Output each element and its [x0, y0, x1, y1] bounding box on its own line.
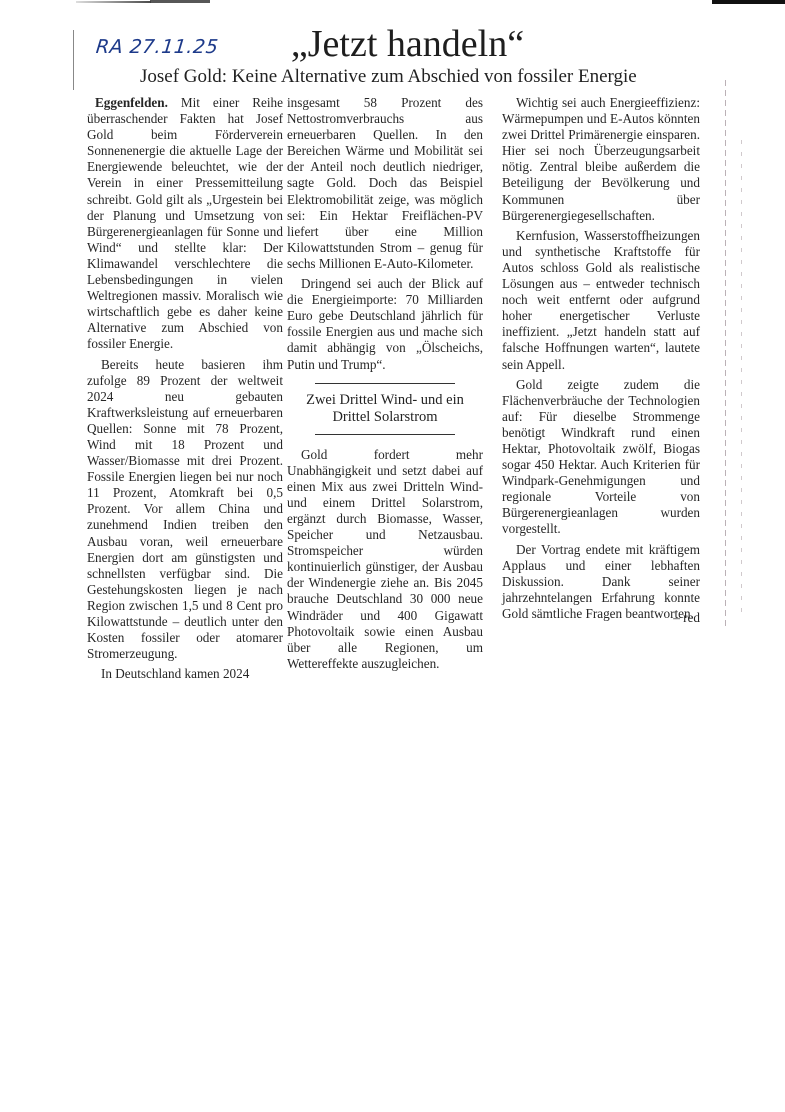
article-headline: „Jetzt handeln“ — [0, 22, 785, 66]
divider — [315, 383, 455, 384]
scan-edge-artifact — [76, 1, 151, 3]
article-paragraph: In Deutschland kamen 2024 — [87, 666, 283, 682]
dateline: Eggenfelden. — [95, 95, 168, 110]
intertitle: Zwei Drittel Wind- und ein Drittel Solar… — [287, 392, 483, 426]
scan-noise-line — [725, 80, 726, 630]
article-paragraph: Eggenfelden. Mit einer Reihe überraschen… — [87, 95, 283, 353]
article-paragraph: Bereits heute basieren ihm zufolge 89 Pr… — [87, 357, 283, 663]
article-column-2: insgesamt 58 Prozent des Nettostromverbr… — [287, 95, 483, 676]
article-subheadline: Josef Gold: Keine Alternative zum Abschi… — [140, 66, 637, 88]
divider — [315, 434, 455, 435]
scan-noise-line — [741, 140, 742, 620]
article-column-1: Eggenfelden. Mit einer Reihe überraschen… — [87, 95, 283, 686]
article-column-3: Wichtig sei auch Energieeffizienz: Wärme… — [502, 95, 700, 626]
article-paragraph: Gold zeigte zudem die Flächenverbräuche … — [502, 377, 700, 538]
article-paragraph: Kernfusion, Wasserstoffheizungen und syn… — [502, 228, 700, 373]
intertitle-block: Zwei Drittel Wind- und ein Drittel Solar… — [287, 383, 483, 435]
scan-edge-artifact — [150, 0, 210, 3]
article-paragraph: Dringend sei auch der Blick auf die Ener… — [287, 276, 483, 373]
scan-edge-artifact — [712, 0, 785, 4]
article-paragraph: Gold fordert mehr Unabhängigkeit und set… — [287, 447, 483, 672]
article-paragraph: Wichtig sei auch Energieeffizienz: Wärme… — [502, 95, 700, 224]
article-paragraph: Der Vortrag endete mit kräftigem Applaus… — [502, 542, 700, 622]
article-paragraph: insgesamt 58 Prozent des Nettostromverbr… — [287, 95, 483, 272]
